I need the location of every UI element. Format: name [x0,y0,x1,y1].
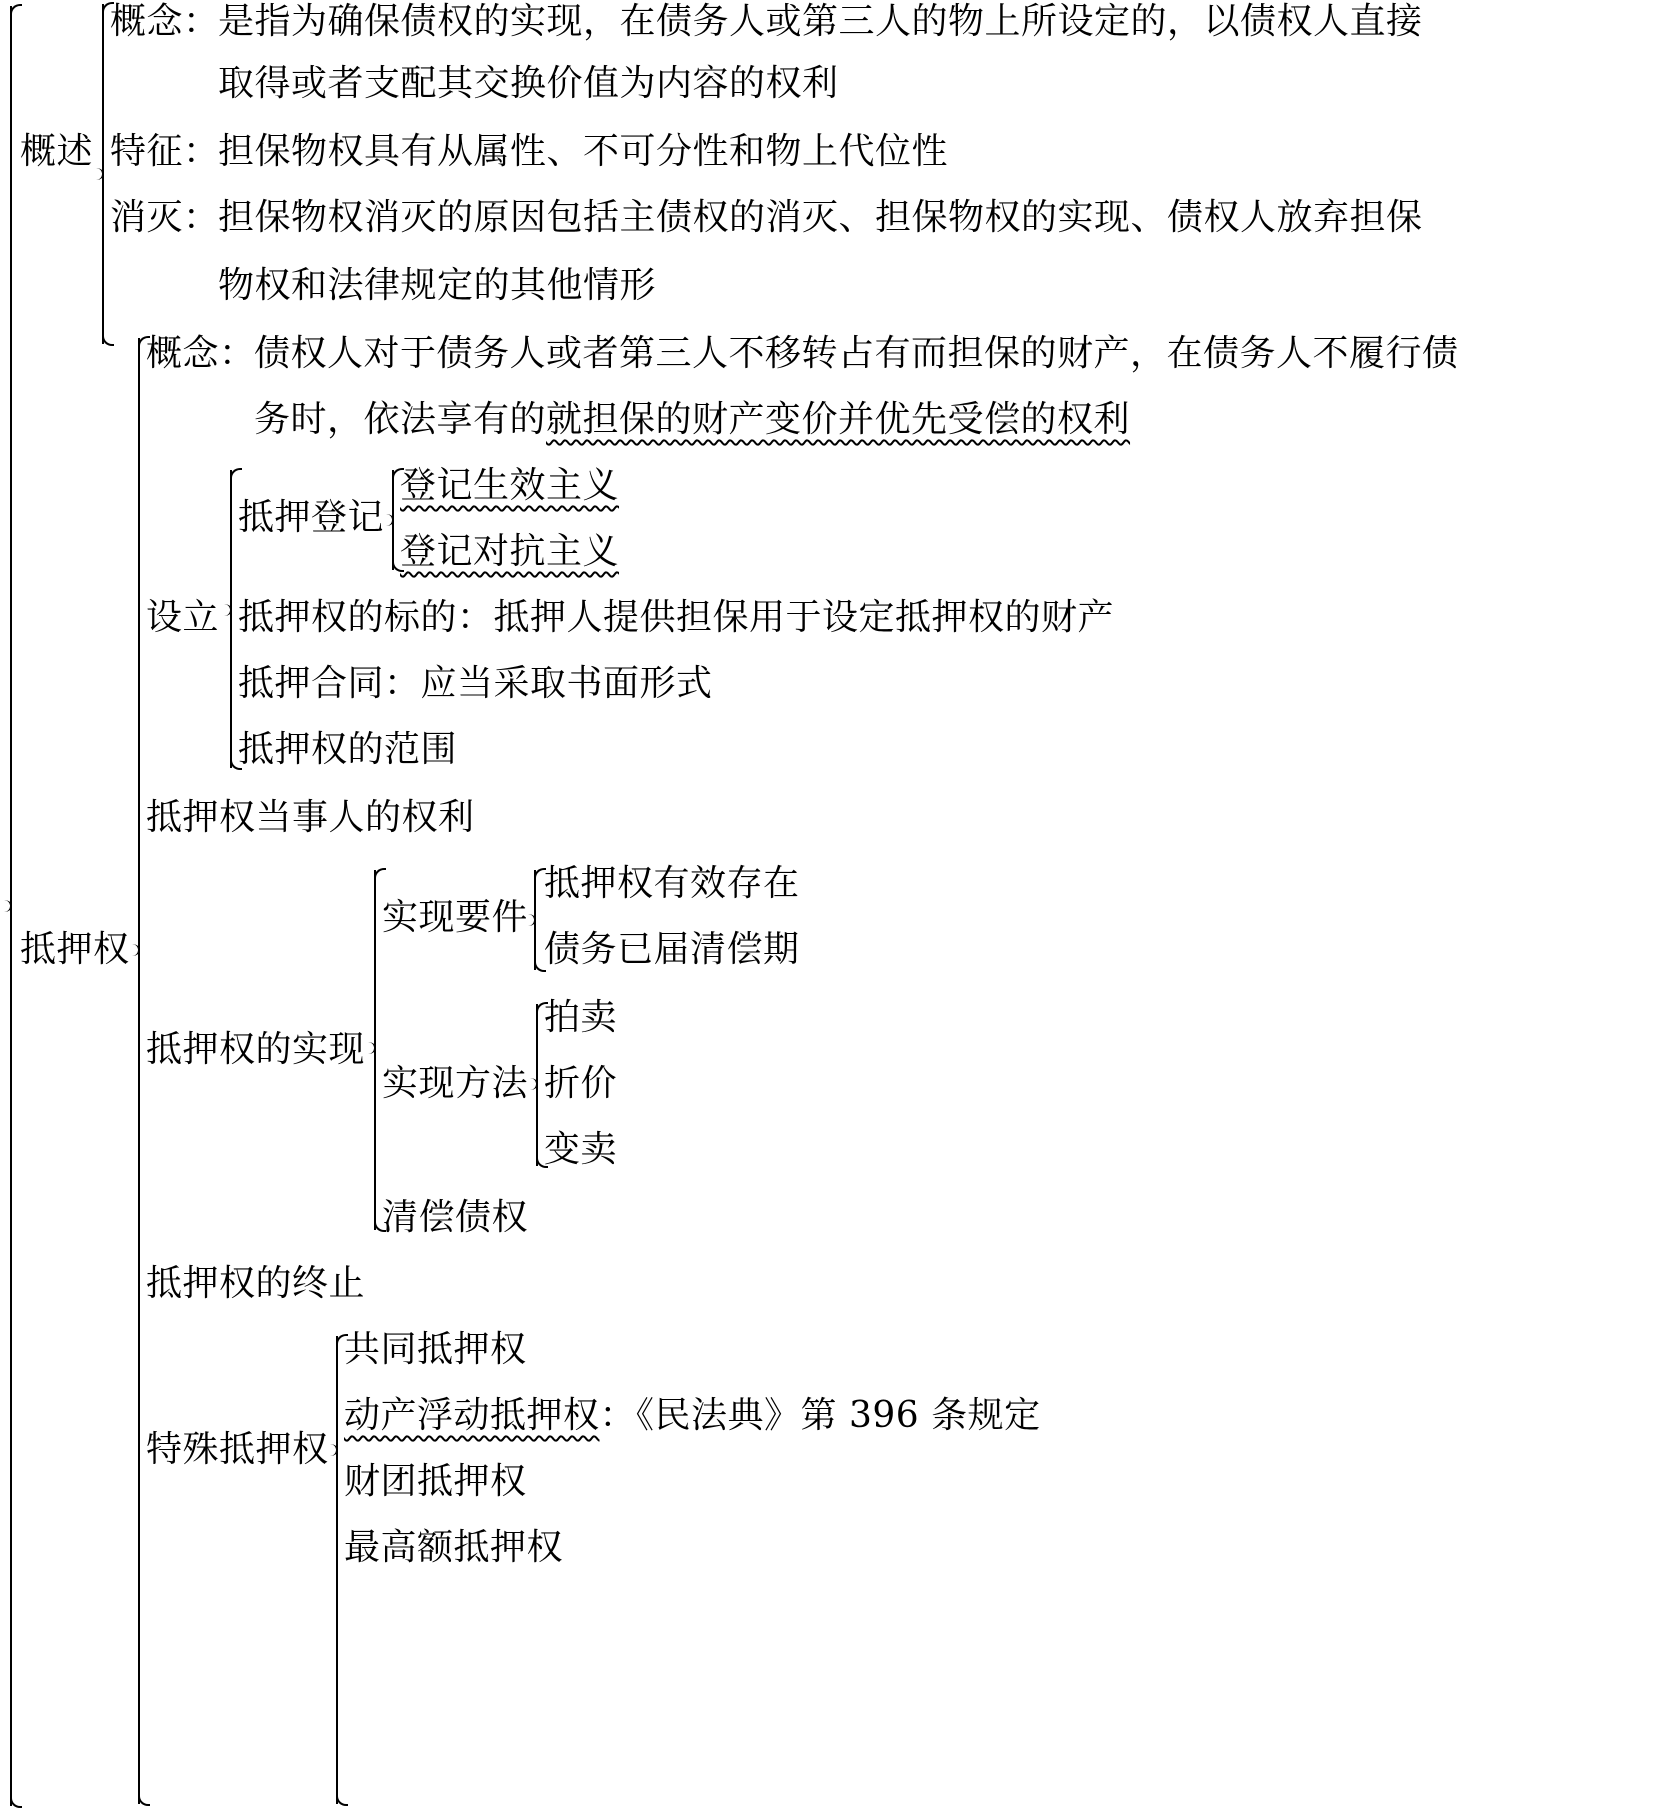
method-discount: 折价 [544,1062,617,1106]
methods-bracket [536,1004,538,1166]
mortgage-concept-line2-emphasis: 就担保的财产变价并优先受偿的权利 [546,399,1130,440]
mortgage-concept-line2: 务时，依法享有的就担保的财产变价并优先受偿的权利 [254,398,1130,442]
repayment: 清偿债权 [382,1196,528,1240]
overview-features-text: 担保物权具有从属性、不可分性和物上代位性 [218,130,948,174]
requirement-valid-mortgage: 抵押权有效存在 [544,862,800,906]
special-floating-rest: ：《民法典》第 396 条规定 [600,1395,1041,1436]
establishment-contract: 抵押合同：应当采取书面形式 [238,662,713,706]
registration-label: 抵押登记 [238,496,384,540]
root-bracket [10,6,12,1806]
requirements-label: 实现要件 [382,896,528,940]
special-joint: 共同抵押权 [344,1328,527,1372]
termination: 抵押权的终止 [146,1262,365,1306]
overview-extinction-line1: 担保物权消灭的原因包括主债权的消灭、担保物权的实现、债权人放弃担保 [218,196,1423,240]
requirements-bracket [534,870,536,970]
special-floating: 动产浮动抵押权：《民法典》第 396 条规定 [344,1394,1041,1438]
special-bracket [336,1336,338,1804]
party-rights: 抵押权当事人的权利 [146,796,475,840]
special-floating-emphasis: 动产浮动抵押权 [344,1395,600,1436]
overview-extinction-line2: 物权和法律规定的其他情形 [218,264,656,308]
mortgage-concept-key: 概念： [146,332,256,376]
overview-concept-line1: 是指为确保债权的实现，在债务人或第三人的物上所设定的，以债权人直接 [218,0,1423,44]
method-auction: 拍卖 [544,996,617,1040]
overview-bracket [102,4,104,344]
establishment-label: 设立 [146,596,219,640]
registration-defense-doctrine: 登记对抗主义 [400,530,619,574]
realization-label: 抵押权的实现 [146,1028,365,1072]
overview-concept-line2: 取得或者支配其交换价值为内容的权利 [218,62,839,106]
establishment-subject: 抵押权的标的：抵押人提供担保用于设定抵押权的财产 [238,596,1114,640]
method-sale: 变卖 [544,1128,617,1172]
requirement-debt-due: 债务已届清偿期 [544,928,800,972]
methods-label: 实现方法 [382,1062,528,1106]
overview-label: 概述 [20,130,93,174]
mortgage-concept-line1: 债权人对于债务人或者第三人不移转占有而担保的财产，在债务人不履行债 [254,332,1459,376]
establishment-scope: 抵押权的范围 [238,728,457,772]
special-foundation: 财团抵押权 [344,1460,527,1504]
establishment-bracket [230,470,232,768]
realization-bracket [374,870,376,1230]
overview-features-key: 特征： [110,130,220,174]
mortgage-label: 抵押权 [20,928,130,972]
special-label: 特殊抵押权 [146,1428,329,1472]
registration-bracket [392,470,394,570]
mortgage-bracket [138,338,140,1804]
overview-concept-key: 概念： [110,0,220,44]
registration-effect-doctrine: 登记生效主义 [400,464,619,508]
special-maximum: 最高额抵押权 [344,1526,563,1570]
mortgage-concept-line2-plain: 务时，依法享有的 [254,399,546,440]
overview-extinction-key: 消灭： [110,196,220,240]
